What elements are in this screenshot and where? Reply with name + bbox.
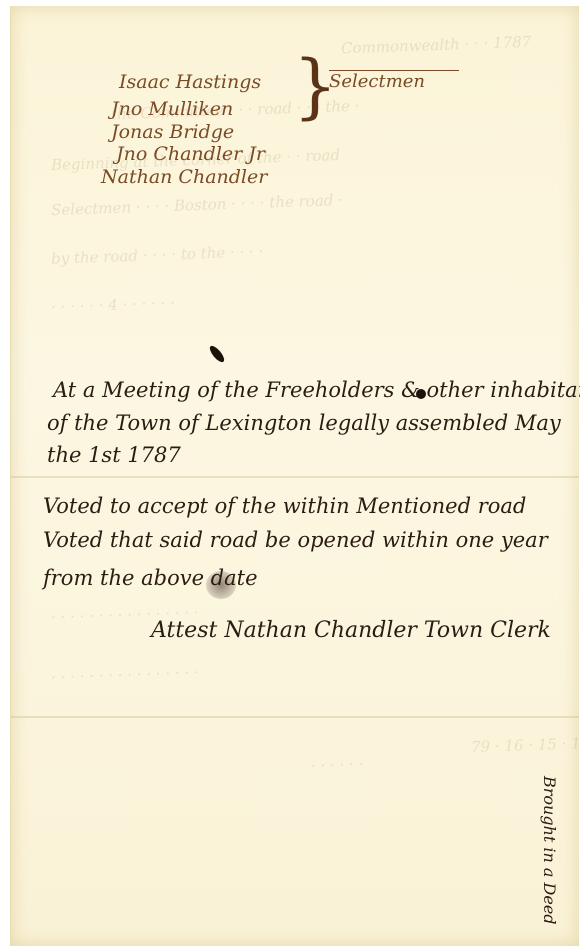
fold-line [11, 716, 579, 718]
fold-line [11, 476, 579, 478]
margin-note: Brought in a Deed [540, 776, 559, 925]
minutes-vote-2-cont: from the above date [43, 566, 258, 590]
minutes-date: the 1st 1787 [47, 443, 181, 467]
minutes-line-2: of the Town of Lexington legally assembl… [47, 411, 561, 435]
signature-nathan-chandler: Nathan Chandler [101, 166, 267, 188]
signature-jno-mulliken: Jno Mulliken [111, 98, 233, 120]
manuscript-page: Commonwealth · · · 1787 the Committee · … [10, 6, 579, 946]
signature-jno-chandler: Jno Chandler Jr [116, 143, 265, 165]
minutes-line-1: At a Meeting of the Freeholders & other … [53, 378, 580, 402]
role-selectmen: Selectmen [329, 71, 425, 92]
signature-jonas-bridge: Jonas Bridge [111, 121, 234, 143]
minutes-vote-2: Voted that said road be opened within on… [43, 528, 548, 552]
ink-blot [208, 344, 227, 364]
minutes-vote-1: Voted to accept of the within Mentioned … [43, 494, 526, 518]
signature-isaac-hastings: Isaac Hastings [119, 71, 261, 93]
attestation-signature: Attest Nathan Chandler Town Clerk [151, 618, 551, 643]
